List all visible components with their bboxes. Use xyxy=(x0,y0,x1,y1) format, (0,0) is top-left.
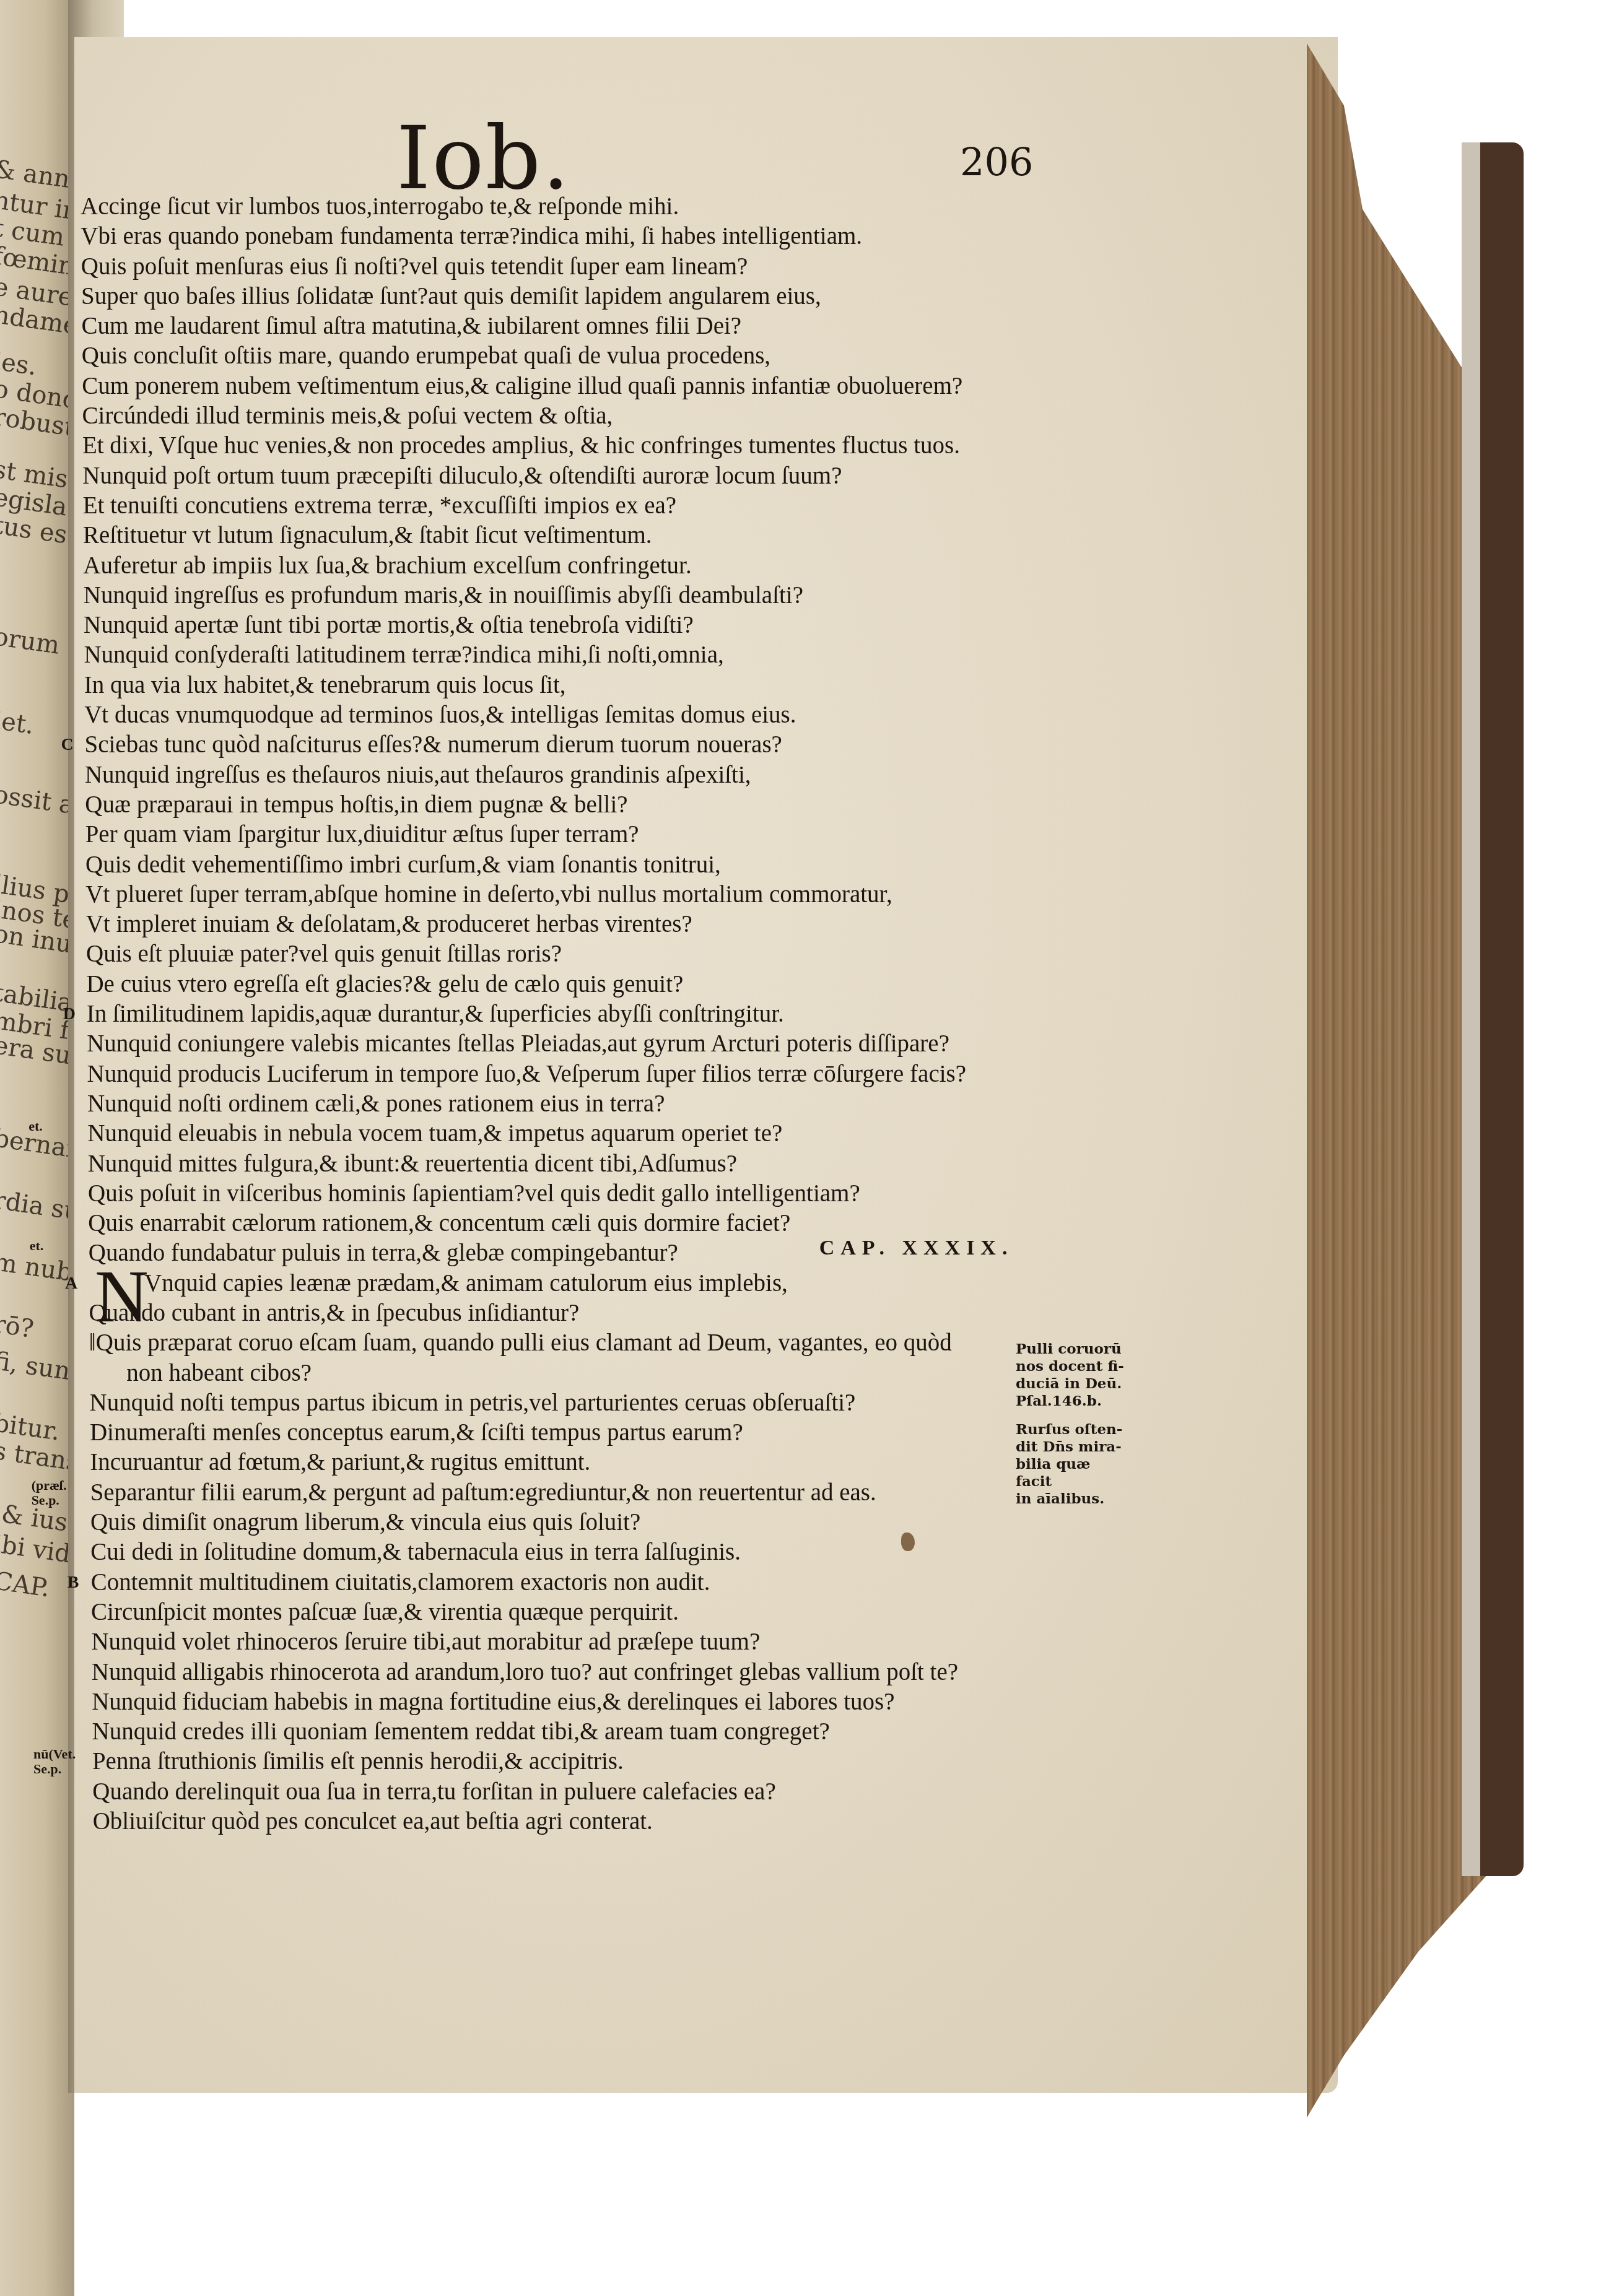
text-line: Per quam viam ſpargitur lux,diuiditur æſ… xyxy=(85,820,1047,850)
text-line-content: Circúndedi illud terminis meis,& poſui v… xyxy=(82,401,613,431)
side-notes: Pulli coruorūnos docent fi-duciā in Deū.… xyxy=(1016,1341,1127,1519)
margin-reference-note: (præſ. Se.p. xyxy=(32,1478,67,1508)
text-line-content: Nunquid volet rhinoceros ſeruire tibi,au… xyxy=(91,1627,760,1657)
text-line-content: non habeant cibos? xyxy=(126,1359,312,1388)
text-line-content: Nunquid fiduciam habebis in magna fortit… xyxy=(92,1687,894,1717)
book-binding xyxy=(1462,142,1524,1876)
paragraph-mark: ‖ xyxy=(89,1329,96,1356)
text-line-content: Cui dedi in ſolitudine domum,& tabernacu… xyxy=(90,1537,741,1567)
text-line: Quando cubant in antris,& in ſpecubus in… xyxy=(89,1298,1047,1328)
text-line: nū(Vet. Se.p.Penna ſtruthionis ſimilis e… xyxy=(92,1747,1047,1776)
text-line: Reſtituetur vt lutum ſignaculum,& ſtabit… xyxy=(83,521,1047,550)
text-line-content: Vt ducas vnumquodque ad terminos ſuos,& … xyxy=(84,700,796,730)
side-note-line: in aīalibus. xyxy=(1016,1490,1127,1508)
text-line-content: Nunquid noſti tempus partus ibicum in pe… xyxy=(90,1388,856,1418)
text-line: Obliuiſcitur quòd pes conculcet ea,aut b… xyxy=(93,1807,1047,1837)
left-page-fragment: ossit ascende xyxy=(0,780,74,832)
text-line-content: Quis dimiſit onagrum liberum,& vincula e… xyxy=(90,1508,640,1537)
text-line: ANVnquid capies leænæ prædam,& animam ca… xyxy=(89,1269,1047,1298)
text-line-content: Penna ſtruthionis ſimilis eſt pennis her… xyxy=(92,1747,624,1776)
text-line-content: Quando cubant in antris,& in ſpecubus in… xyxy=(89,1298,579,1328)
text-line-content: In ſimilitudinem lapidis,aquæ durantur,&… xyxy=(87,999,784,1029)
text-line: et.Quando fundabatur puluis in terra,& g… xyxy=(89,1238,1047,1268)
text-line: ‖Quis præparat coruo eſcam ſuam, quando … xyxy=(89,1328,1047,1358)
side-note-line: dit Dn̄s mira- xyxy=(1016,1438,1127,1456)
margin-reference-note: et. xyxy=(28,1119,43,1134)
text-line-content: Vt plueret ſuper terram,abſque homine in… xyxy=(85,880,892,910)
text-line-content: Nunquid poſt ortum tuum præcepiſti diluc… xyxy=(82,461,842,491)
text-line-content: Quæ præparaui in tempus hoſtis,in diem p… xyxy=(85,790,627,820)
text-line: Quis poſuit menſuras eius ſi noſti?vel q… xyxy=(81,252,1047,282)
text-line: Vt ducas vnumquodque ad terminos ſuos,& … xyxy=(84,700,1047,730)
text-line-content: Nunquid alligabis rhinocerota ad arandum… xyxy=(92,1658,958,1687)
text-line: Quis dedit vehementiſſimo imbri curſum,&… xyxy=(85,850,1047,880)
text-line: Nunquid mittes fulgura,& ibunt:& reuerte… xyxy=(88,1149,1047,1179)
text-line-content: Nunquid ingreſſus es profundum maris,& i… xyxy=(84,581,803,611)
text-line-content: Nunquid apertæ ſunt tibi portæ mortis,& … xyxy=(84,611,694,640)
left-page-fragment: fi, sunt. xyxy=(0,1347,74,1388)
text-line-content: Nunquid coniungere valebis micantes ſtel… xyxy=(87,1029,949,1059)
text-line: Incuruantur ad fœtum,& pariunt,& rugitus… xyxy=(90,1448,1047,1477)
side-note-line: nos docent fi- xyxy=(1016,1358,1127,1375)
text-line: Quæ præparaui in tempus hoſtis,in diem p… xyxy=(85,790,1047,820)
text-line-content: Nunquid conſyderaſti latitudinem terræ?i… xyxy=(84,640,723,670)
text-line-content: Obliuiſcitur quòd pes conculcet ea,aut b… xyxy=(93,1807,653,1837)
side-note: Rurſus oſten-dit Dn̄s mira-bilia quæ fac… xyxy=(1016,1421,1127,1508)
text-line: In qua via lux habitet,& tenebrarum quis… xyxy=(84,671,1047,700)
text-line: Nunquid noſti tempus partus ibicum in pe… xyxy=(90,1388,1047,1418)
page-number: 206 xyxy=(960,139,1033,185)
text-line-content: Vbi eras quando ponebam fundamenta terræ… xyxy=(81,222,862,251)
text-line: Super quo baſes illius ſolidatæ ſunt?aut… xyxy=(81,282,1047,311)
margin-section-letter: A xyxy=(65,1269,77,1298)
text-line: Cum ponerem nubem veſtimentum eius,& cal… xyxy=(82,372,1047,401)
side-note-line: Pſal.146.b. xyxy=(1016,1393,1127,1410)
text-line-content: Quis enarrabit cælorum rationem,& concen… xyxy=(88,1209,790,1238)
text-line: non habeant cibos? xyxy=(89,1359,1047,1388)
text-line-content: Nunquid producis Luciferum in tempore ſu… xyxy=(87,1059,967,1089)
text-line-content: Accinge ſicut vir lumbos tuos,interrogab… xyxy=(81,192,679,222)
text-line: Dinumeraſti menſes conceptus earum,& ſci… xyxy=(90,1418,1047,1448)
text-line: Nunquid apertæ ſunt tibi portæ mortis,& … xyxy=(84,611,1047,640)
text-line: CSciebas tunc quòd naſciturus eſſes?& nu… xyxy=(85,730,1047,760)
text-line-content: Reſtituetur vt lutum ſignaculum,& ſtabit… xyxy=(83,521,652,550)
text-line: Nunquid credes illi quoniam ſementem red… xyxy=(92,1717,1047,1747)
ink-stain xyxy=(901,1533,915,1551)
text-line-content: Separantur filii earum,& pergunt ad paſt… xyxy=(90,1478,876,1508)
text-line-content: In qua via lux habitet,& tenebrarum quis… xyxy=(84,671,566,700)
text-line-content: Quando derelinquit oua ſua in terra,tu f… xyxy=(92,1777,775,1807)
left-page-fragment: m nubium xyxy=(0,1248,74,1294)
text-line: Et tenuiſti concutiens extrema terræ, *e… xyxy=(83,491,1047,521)
text-line-content: Vnquid capies leænæ prædam,& animam catu… xyxy=(144,1269,788,1298)
margin-reference-note: et. xyxy=(30,1238,44,1253)
text-line: BContemnit multitudinem ciuitatis,clamor… xyxy=(91,1568,1047,1598)
left-page-fragment: s transies xyxy=(0,1437,74,1482)
text-line-content: Dinumeraſti menſes conceptus earum,& ſci… xyxy=(90,1418,743,1448)
margin-section-letter: C xyxy=(61,730,74,760)
text-line: Nunquid alligabis rhinocerota ad arandum… xyxy=(92,1658,1047,1687)
side-note: Pulli coruorūnos docent fi-duciā in Deū.… xyxy=(1016,1341,1127,1410)
side-note-line: Pulli coruorū xyxy=(1016,1341,1127,1358)
text-line: Vt impleret inuiam & deſolatam,& produce… xyxy=(86,910,1047,939)
left-page-fragment: iet. xyxy=(0,706,36,740)
margin-reference-note: nū(Vet. Se.p. xyxy=(33,1747,76,1776)
text-line-content: Quis concluſit oſtiis mare, quando erump… xyxy=(82,341,770,371)
side-note-line: duciā in Deū. xyxy=(1016,1375,1127,1393)
chapter-heading: CAP. XXXIX. xyxy=(819,1233,1014,1263)
text-line-content: Quis poſuit menſuras eius ſi noſti?vel q… xyxy=(81,252,748,282)
text-line-content: Et dixi, Vſque huc venies,& non procedes… xyxy=(82,431,960,461)
text-line: et.Nunquid eleuabis in nebula vocem tuam… xyxy=(87,1119,1047,1149)
text-line-content: De cuius vtero egreſſa eſt glacies?& gel… xyxy=(86,970,683,999)
text-line: Vbi eras quando ponebam fundamenta terræ… xyxy=(81,222,1047,251)
text-line-content: Cum ponerem nubem veſtimentum eius,& cal… xyxy=(82,372,962,401)
text-line-content: Et tenuiſti concutiens extrema terræ, *e… xyxy=(83,491,676,521)
margin-section-letter: B xyxy=(68,1568,79,1598)
text-line-content: Nunquid credes illi quoniam ſementem red… xyxy=(92,1717,830,1747)
text-line: De cuius vtero egreſſa eſt glacies?& gel… xyxy=(86,970,1047,999)
left-page-fragment: orum eius in xyxy=(0,622,74,672)
text-line-content: Cum me laudarent ſimul aſtra matutina,& … xyxy=(81,311,741,341)
text-line: Quis poſuit in viſceribus hominis ſapien… xyxy=(88,1179,1047,1209)
text-line: Nunquid ingreſſus es theſauros niuis,aut… xyxy=(85,760,1047,790)
text-line: Nunquid ingreſſus es profundum maris,& i… xyxy=(84,581,1047,611)
text-line-content: Nunquid noſti ordinem cæli,& pones ratio… xyxy=(87,1089,665,1119)
text-line: Circunſpicit montes paſcuæ ſuæ,& virenti… xyxy=(91,1598,1047,1627)
text-line: Nunquid fiduciam habebis in magna fortit… xyxy=(92,1687,1047,1717)
text-line: Et dixi, Vſque huc venies,& non procedes… xyxy=(82,431,1047,461)
main-text-block: Accinge ſicut vir lumbos tuos,interrogab… xyxy=(81,192,1047,1837)
text-line: Cum me laudarent ſimul aſtra matutina,& … xyxy=(81,311,1047,341)
text-line: Accinge ſicut vir lumbos tuos,interrogab… xyxy=(81,192,1047,222)
text-line: Quis concluſit oſtiis mare, quando erump… xyxy=(82,341,1047,371)
left-page-fragment: rdia sua xyxy=(0,1186,74,1228)
text-line: Quis eſt pluuiæ pater?vel quis genuit ſt… xyxy=(86,939,1047,969)
text-line-content: Quis dedit vehementiſſimo imbri curſum,&… xyxy=(85,850,721,880)
side-note-line: Rurſus oſten- xyxy=(1016,1421,1127,1438)
text-line-content: Circunſpicit montes paſcuæ ſuæ,& virenti… xyxy=(91,1598,679,1627)
text-line-content: Nunquid eleuabis in nebula vocem tuam,& … xyxy=(87,1119,782,1149)
left-page-edge: & annos suos inntur in fluctria.t cum vi… xyxy=(0,0,74,2296)
text-line: DIn ſimilitudinem lapidis,aquæ durantur,… xyxy=(87,999,1047,1029)
text-line-content: Quando fundabatur puluis in terra,& gleb… xyxy=(89,1238,678,1268)
text-line-content: Nunquid mittes fulgura,& ibunt:& reuerte… xyxy=(88,1149,737,1179)
text-line: Nunquid poſt ortum tuum præcepiſti diluc… xyxy=(82,461,1047,491)
text-line-content: Sciebas tunc quòd naſciturus eſſes?& num… xyxy=(85,730,782,760)
text-line: Vt plueret ſuper terram,abſque homine in… xyxy=(85,880,1047,910)
text-line-content: Contemnit multitudinem ciuitatis,clamore… xyxy=(91,1568,710,1598)
text-line: (præſ. Se.p.Separantur filii earum,& per… xyxy=(90,1478,1047,1508)
text-line: Nunquid producis Luciferum in tempore ſu… xyxy=(87,1059,1047,1089)
text-line: Nunquid coniungere valebis micantes ſtel… xyxy=(87,1029,1047,1059)
text-line-content: Nunquid ingreſſus es theſauros niuis,aut… xyxy=(85,760,751,790)
text-line-content: Incuruantur ad fœtum,& pariunt,& rugitus… xyxy=(90,1448,590,1477)
text-line-content: Super quo baſes illius ſolidatæ ſunt?aut… xyxy=(81,282,821,311)
text-line: Circúndedi illud terminis meis,& poſui v… xyxy=(82,401,1047,431)
left-page-fragment: CAP. xyxy=(0,1567,51,1602)
side-note-line: bilia quæ facit xyxy=(1016,1456,1127,1490)
text-line-content: Quis eſt pluuiæ pater?vel quis genuit ſt… xyxy=(86,939,562,969)
margin-section-letter: D xyxy=(63,999,76,1029)
text-line-content: Per quam viam ſpargitur lux,diuiditur æſ… xyxy=(85,820,639,850)
text-line-content: Quis præparat coruo eſcam ſuam, quando p… xyxy=(96,1328,952,1358)
text-line-content: Auferetur ab impiis lux ſua,& brachium e… xyxy=(83,551,691,581)
left-page-fragment: rō? xyxy=(0,1310,35,1344)
text-line: Nunquid conſyderaſti latitudinem terræ?i… xyxy=(84,640,1047,670)
text-line: Nunquid volet rhinoceros ſeruire tibi,au… xyxy=(91,1627,1047,1657)
text-line-content: Vt impleret inuiam & deſolatam,& produce… xyxy=(86,910,692,939)
text-line: Nunquid noſti ordinem cæli,& pones ratio… xyxy=(87,1089,1047,1119)
text-line-content: Quis poſuit in viſceribus hominis ſapien… xyxy=(88,1179,860,1209)
text-line: Auferetur ab impiis lux ſua,& brachium e… xyxy=(83,551,1047,581)
text-line: Quando derelinquit oua ſua in terra,tu f… xyxy=(92,1777,1047,1807)
